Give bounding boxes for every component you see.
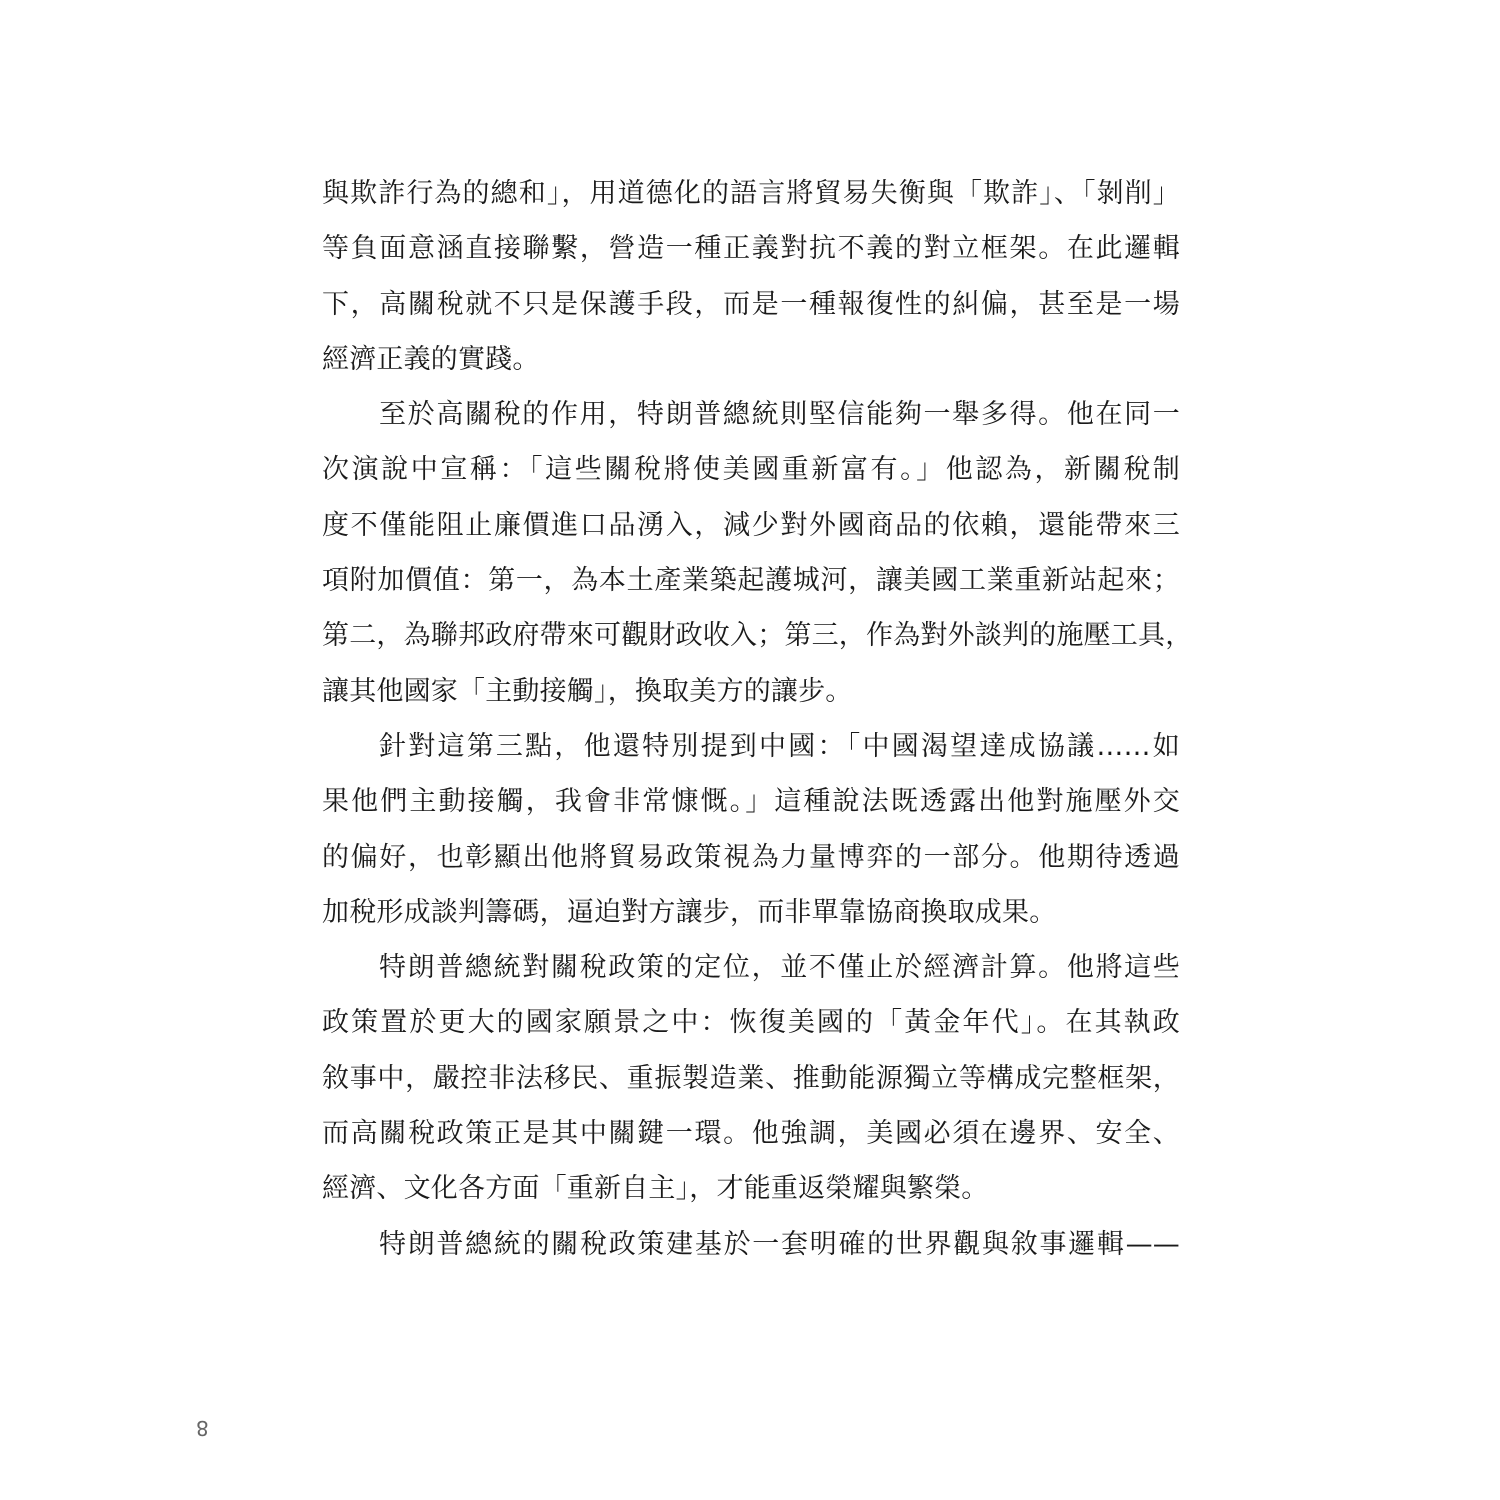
page-number: 8	[196, 1416, 209, 1440]
text-line: 等負面意涵直接聯繫，營造一種正義對抗不義的對立框架。在此邏輯	[322, 221, 1180, 276]
text-line: 政策置於更大的國家願景之中：恢復美國的「黃金年代」。在其執政	[322, 995, 1180, 1050]
text-line: 敘事中，嚴控非法移民、重振製造業、推動能源獨立等構成完整框架，	[322, 1051, 1180, 1106]
body-text: 與欺詐行為的總和」，用道德化的語言將貿易失衡與「欺詐」、「剝削」 等負面意涵直接…	[322, 166, 1180, 1272]
text-line: 特朗普總統的關稅政策建基於一套明確的世界觀與敘事邏輯——	[322, 1217, 1180, 1272]
text-line: 與欺詐行為的總和」，用道德化的語言將貿易失衡與「欺詐」、「剝削」	[322, 166, 1180, 221]
text-line: 果他們主動接觸，我會非常慷慨。」這種說法既透露出他對施壓外交	[322, 774, 1180, 829]
text-line: 經濟、文化各方面「重新自主」，才能重返榮耀與繁榮。	[322, 1161, 1180, 1216]
text-line: 次演說中宣稱：「這些關稅將使美國重新富有。」他認為，新關稅制	[322, 442, 1180, 497]
text-line: 的偏好，也彰顯出他將貿易政策視為力量博弈的一部分。他期待透過	[322, 830, 1180, 885]
text-line: 項附加價值：第一，為本土產業築起護城河，讓美國工業重新站起來；	[322, 553, 1180, 608]
text-line: 加稅形成談判籌碼，逼迫對方讓步，而非單靠協商換取成果。	[322, 885, 1180, 940]
document-page: 與欺詐行為的總和」，用道德化的語言將貿易失衡與「欺詐」、「剝削」 等負面意涵直接…	[0, 0, 1500, 1500]
text-line: 特朗普總統對關稅政策的定位，並不僅止於經濟計算。他將這些	[322, 940, 1180, 995]
text-line: 讓其他國家「主動接觸」，換取美方的讓步。	[322, 664, 1180, 719]
text-line: 第二，為聯邦政府帶來可觀財政收入；第三，作為對外談判的施壓工具，	[322, 608, 1180, 663]
text-line: 而高關稅政策正是其中關鍵一環。他強調，美國必須在邊界、安全、	[322, 1106, 1180, 1161]
text-line: 經濟正義的實踐。	[322, 332, 1180, 387]
text-line: 至於高關稅的作用，特朗普總統則堅信能夠一舉多得。他在同一	[322, 387, 1180, 442]
text-line: 度不僅能阻止廉價進口品湧入，減少對外國商品的依賴，還能帶來三	[322, 498, 1180, 553]
text-line: 針對這第三點，他還特別提到中國：「中國渴望達成協議……如	[322, 719, 1180, 774]
text-line: 下，高關稅就不只是保護手段，而是一種報復性的糾偏，甚至是一場	[322, 277, 1180, 332]
